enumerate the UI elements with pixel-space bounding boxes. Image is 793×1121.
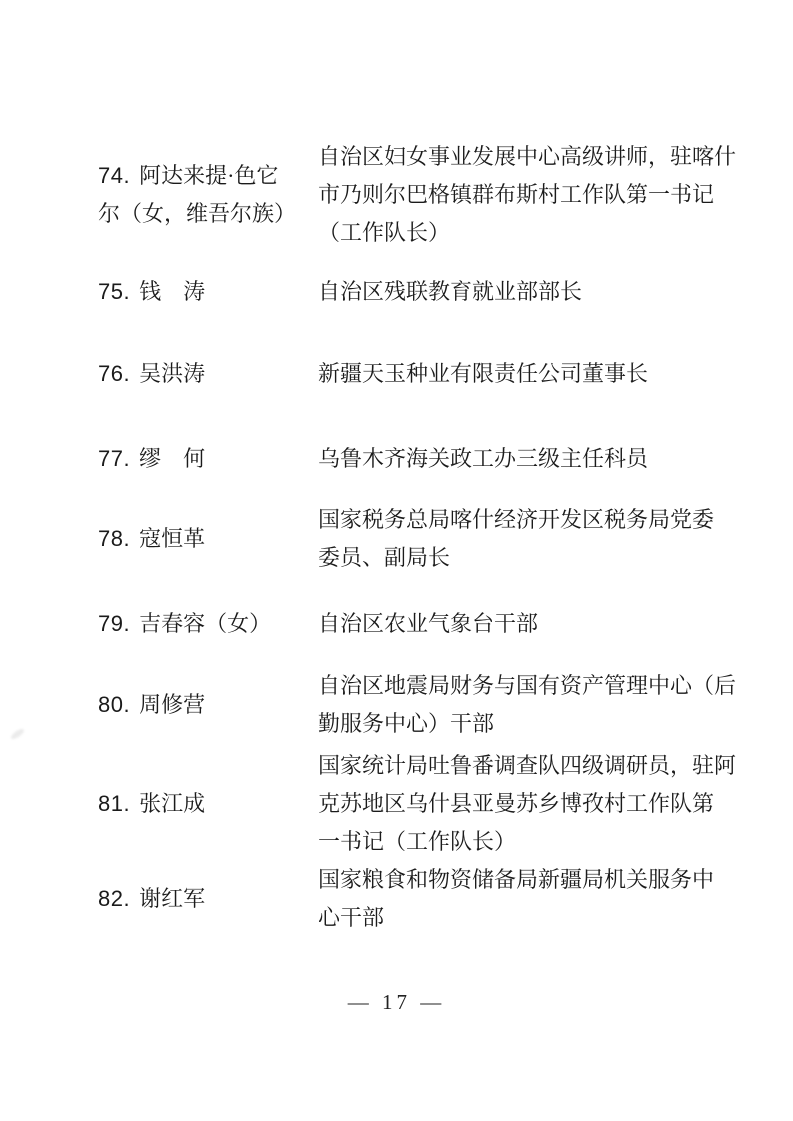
entry-description-line: 自治区农业气象台干部	[318, 605, 750, 643]
page-number-label: — 17 —	[348, 990, 446, 1014]
entry-number: 74.	[98, 163, 130, 188]
entry-number: 79.	[98, 611, 130, 636]
entry-description-line: 市乃则尔巴格镇群布斯村工作队第一书记	[318, 176, 750, 214]
page-number: — 17 —	[0, 990, 793, 1015]
entry-name-cell: 75.钱 涛	[98, 273, 318, 311]
entry-description-cell: 乌鲁木齐海关政工办三级主任科员	[318, 440, 750, 478]
list-item: 75.钱 涛自治区残联教育就业部部长	[98, 273, 760, 311]
entry-name-line: 80.周修营	[98, 686, 318, 724]
entry-name: 张江成	[139, 791, 205, 816]
entry-name-line: 81.张江成	[98, 785, 318, 823]
entry-description-line: 自治区妇女事业发展中心高级讲师，驻喀什	[318, 138, 750, 176]
entry-description-cell: 国家粮食和物资储备局新疆局机关服务中心干部	[318, 861, 750, 937]
entry-name-line: 82.谢红军	[98, 880, 318, 918]
entry-name: 谢红军	[139, 886, 205, 911]
list-item: 74.阿达来提·色它尔（女，维吾尔族）自治区妇女事业发展中心高级讲师，驻喀什市乃…	[98, 138, 760, 252]
entry-name-line: 76.吴洪涛	[98, 355, 318, 393]
entry-description-cell: 自治区农业气象台干部	[318, 605, 750, 643]
entry-description-line: （工作队长）	[318, 214, 750, 252]
entry-name-cell: 76.吴洪涛	[98, 355, 318, 393]
entry-description-cell: 国家税务总局喀什经济开发区税务局党委委员、副局长	[318, 501, 750, 577]
entry-name-line: 77.缪 何	[98, 440, 318, 478]
entry-number: 76.	[98, 361, 130, 386]
entry-name-cell: 77.缪 何	[98, 440, 318, 478]
entry-description-line: 新疆天玉种业有限责任公司董事长	[318, 355, 750, 393]
entry-description-line: 乌鲁木齐海关政工办三级主任科员	[318, 440, 750, 478]
entry-number: 82.	[98, 886, 130, 911]
entry-name-cell: 80.周修营	[98, 686, 318, 724]
list-item: 76.吴洪涛新疆天玉种业有限责任公司董事长	[98, 355, 760, 393]
entry-description-line: 国家统计局吐鲁番调查队四级调研员，驻阿	[318, 747, 750, 785]
entry-name-cell: 79.吉春容（女）	[98, 605, 318, 643]
entry-description-line: 心干部	[318, 899, 750, 937]
entry-description-line: 委员、副局长	[318, 539, 750, 577]
entry-name-line: 78.寇恒革	[98, 520, 318, 558]
entry-name-cell: 74.阿达来提·色它尔（女，维吾尔族）	[98, 157, 318, 233]
entry-name-cell: 82.谢红军	[98, 880, 318, 918]
list-item: 77.缪 何乌鲁木齐海关政工办三级主任科员	[98, 440, 760, 478]
list-item: 78.寇恒革国家税务总局喀什经济开发区税务局党委委员、副局长	[98, 501, 760, 577]
entry-description-cell: 国家统计局吐鲁番调查队四级调研员，驻阿克苏地区乌什县亚曼苏乡博孜村工作队第一书记…	[318, 747, 750, 861]
entry-name: 阿达来提·色它	[139, 163, 278, 188]
entry-number: 77.	[98, 446, 130, 471]
entry-description-line: 一书记（工作队长）	[318, 823, 750, 861]
entry-name: 寇恒革	[139, 526, 205, 551]
entry-description-cell: 自治区妇女事业发展中心高级讲师，驻喀什市乃则尔巴格镇群布斯村工作队第一书记（工作…	[318, 138, 750, 252]
entry-name: 周修营	[139, 692, 205, 717]
entry-description-line: 自治区地震局财务与国有资产管理中心（后	[318, 667, 750, 705]
entry-number: 80.	[98, 692, 130, 717]
awardee-list: 74.阿达来提·色它尔（女，维吾尔族）自治区妇女事业发展中心高级讲师，驻喀什市乃…	[98, 138, 760, 937]
entry-name-line: 79.吉春容（女）	[98, 605, 318, 643]
list-item: 79.吉春容（女）自治区农业气象台干部	[98, 605, 760, 643]
entry-name-cell: 81.张江成	[98, 785, 318, 823]
list-item: 81.张江成国家统计局吐鲁番调查队四级调研员，驻阿克苏地区乌什县亚曼苏乡博孜村工…	[98, 747, 760, 861]
entry-description-cell: 自治区残联教育就业部部长	[318, 273, 750, 311]
list-item: 82.谢红军国家粮食和物资储备局新疆局机关服务中心干部	[98, 861, 760, 937]
entry-name: 钱 涛	[139, 279, 205, 304]
scan-artifact	[10, 727, 26, 741]
entry-description-cell: 自治区地震局财务与国有资产管理中心（后勤服务中心）干部	[318, 667, 750, 743]
entry-name-line: 74.阿达来提·色它	[98, 157, 318, 195]
entry-number: 75.	[98, 279, 130, 304]
entry-description-line: 勤服务中心）干部	[318, 705, 750, 743]
entry-name: 吴洪涛	[139, 361, 205, 386]
entry-description-line: 国家税务总局喀什经济开发区税务局党委	[318, 501, 750, 539]
entry-description-cell: 新疆天玉种业有限责任公司董事长	[318, 355, 750, 393]
entry-name-line: 尔（女，维吾尔族）	[98, 195, 318, 233]
entry-description-line: 国家粮食和物资储备局新疆局机关服务中	[318, 861, 750, 899]
entry-number: 78.	[98, 526, 130, 551]
entry-name: 缪 何	[139, 446, 205, 471]
entry-description-line: 自治区残联教育就业部部长	[318, 273, 750, 311]
entry-name: 吉春容（女）	[139, 611, 271, 636]
entry-name-cell: 78.寇恒革	[98, 520, 318, 558]
entry-name: 尔（女，维吾尔族）	[98, 201, 296, 226]
entry-name-line: 75.钱 涛	[98, 273, 318, 311]
document-page: 74.阿达来提·色它尔（女，维吾尔族）自治区妇女事业发展中心高级讲师，驻喀什市乃…	[0, 0, 793, 1121]
list-item: 80.周修营自治区地震局财务与国有资产管理中心（后勤服务中心）干部	[98, 667, 760, 743]
entry-description-line: 克苏地区乌什县亚曼苏乡博孜村工作队第	[318, 785, 750, 823]
entry-number: 81.	[98, 791, 130, 816]
